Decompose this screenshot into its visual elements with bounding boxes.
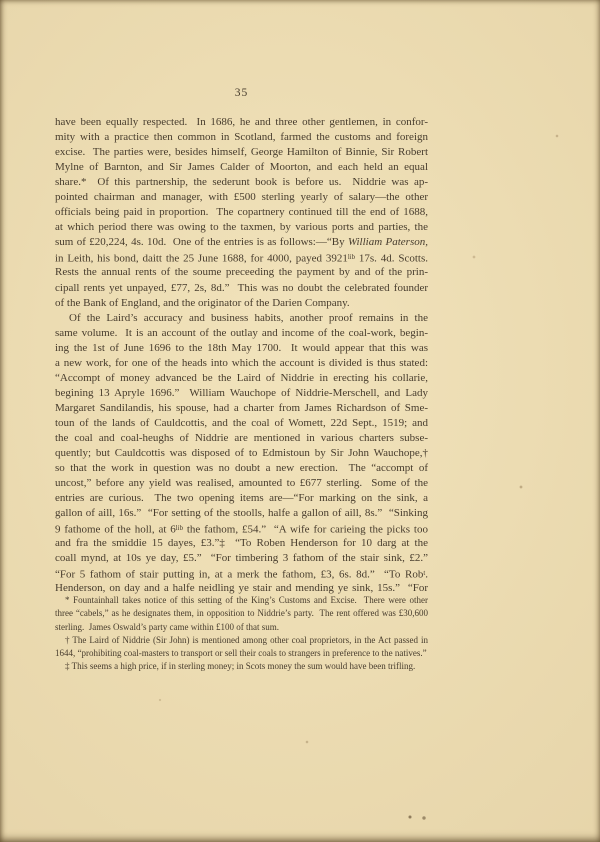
- text-line: share.* Of this partnership, the sederun…: [55, 175, 428, 190]
- text-line: entries are curious. The two opening ite…: [55, 491, 428, 506]
- text-line: sum of £20,224, 4s. 10d. One of the entr…: [55, 235, 428, 250]
- text-line: † The Laird of Niddrie (Sir John) is men…: [55, 634, 428, 647]
- text-line: in Leith, his bond, daitt the 25 June 16…: [55, 250, 428, 265]
- text-line: at which period there was owing to the t…: [55, 220, 428, 235]
- text-line: have been equally respected. In 1686, he…: [55, 115, 428, 130]
- text-line: Mylne of Barnton, and Sir James Calder o…: [55, 160, 428, 175]
- page-body-text: have been equally respected. In 1686, he…: [55, 115, 428, 597]
- text-line: the coal and coal-heughs of Niddrie are …: [55, 431, 428, 446]
- text-line: gallon of aill, 16s.” “For setting of th…: [55, 506, 428, 521]
- text-line: a new work, for one of the heads into wh…: [55, 356, 428, 371]
- text-line: three “cabels,” as he designates them, i…: [55, 607, 428, 620]
- text-line: mity with a practice then common in Scot…: [55, 130, 428, 145]
- text-line: sterling. James Oswald’s party came with…: [55, 621, 428, 634]
- footnotes: * Fountainhall takes notice of this sett…: [55, 594, 428, 674]
- text-line: Rests the annual rents of the soume prec…: [55, 265, 428, 280]
- text-line: Of the Laird’s accuracy and business hab…: [55, 311, 428, 326]
- text-line: and fra the smiddie 15 dayes, £3.”‡ “To …: [55, 536, 428, 551]
- text-line: officials being paid in proportion. The …: [55, 205, 428, 220]
- text-line: * Fountainhall takes notice of this sett…: [55, 594, 428, 607]
- text-line: quently; but Cauldcottis was disposed of…: [55, 446, 428, 461]
- text-line: toun of the lands of Cauldcottis, and th…: [55, 416, 428, 431]
- text-line: “For 5 fathom of stair putting in, at a …: [55, 566, 428, 581]
- book-page-scan: 35 have been equally respected. In 1686,…: [0, 0, 600, 842]
- text-line: Margaret Sandilandis, his spouse, had a …: [55, 401, 428, 416]
- text-line: cipall rents yet unpayed, £77, 2s, 8d.” …: [55, 281, 428, 296]
- text-line: 1644, “prohibiting coal-masters to trans…: [55, 647, 428, 660]
- text-line: excise. The parties were, besides himsel…: [55, 145, 428, 160]
- text-line: of the Bank of England, and the originat…: [55, 296, 428, 311]
- text-line: pointed chairman and manager, with £500 …: [55, 190, 428, 205]
- text-line: uncost,” before any yield was realised, …: [55, 476, 428, 491]
- text-line: so that the work in question was no doub…: [55, 461, 428, 476]
- text-line: ‡ This seems a high price, if in sterlin…: [55, 660, 428, 673]
- text-line: coall mynd, at 10s ye day, £5.” “For tim…: [55, 551, 428, 566]
- text-line: begining 13 Apryle 1696.” William Waucho…: [55, 386, 428, 401]
- text-line: 9 fathome of the holl, at 6lib the fatho…: [55, 521, 428, 536]
- text-line: same volume. It is an account of the out…: [55, 326, 428, 341]
- text-line: ing the 1st of June 1696 to the 18th May…: [55, 341, 428, 356]
- page-number: 35: [55, 87, 428, 99]
- text-line: “Accompt of money advanced be the Laird …: [55, 371, 428, 386]
